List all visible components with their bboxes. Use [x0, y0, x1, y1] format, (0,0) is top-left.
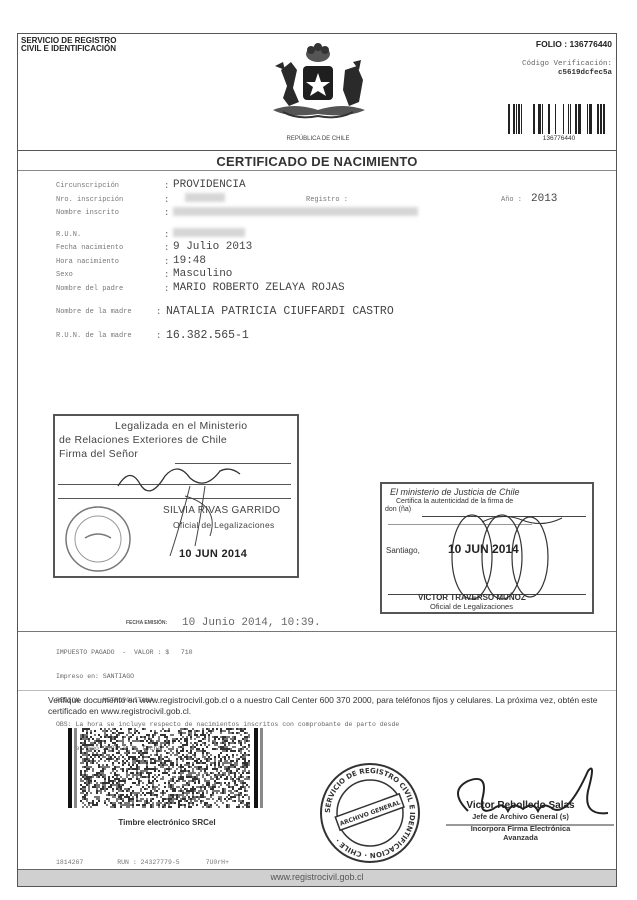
issue-date-label: FECHA EMISIÓN:: [126, 620, 167, 626]
verification-code-label: Código Verificación:: [522, 60, 612, 68]
spacer: [56, 295, 596, 305]
field-circunscripcion: Circunscripción : PROVIDENCIA: [56, 179, 596, 193]
field-value: NATALIA PATRICIA CIUFFARDI CASTRO: [166, 305, 394, 318]
handwritten-signature-icon: [110, 446, 270, 566]
field-label: Nro. inscripción: [56, 196, 123, 204]
divider: [18, 170, 616, 171]
coat-of-arms-icon: [253, 40, 383, 130]
divider: [18, 150, 616, 151]
handwritten-signature-icon: [442, 502, 582, 602]
info-line: Impreso en: SANTIAGO: [56, 673, 399, 681]
field-nombre-padre: Nombre del padre : MARIO ROBERTO ZELAYA …: [56, 282, 596, 296]
footer-run-value: 24327779-5: [141, 859, 180, 866]
field-colon: :: [164, 195, 169, 205]
field-run-madre: R.U.N. de la madre : 16.382.565-1: [56, 329, 596, 343]
field-sexo: Sexo : Masculino: [56, 268, 596, 282]
footer-code: 1814267: [56, 859, 83, 866]
field-value: 9 Julio 2013: [173, 241, 252, 253]
redacted-value: [173, 193, 225, 205]
registro-label: Registro :: [306, 196, 348, 204]
anio-label: Año :: [501, 196, 522, 204]
barcode-number: 136776440: [508, 135, 610, 142]
field-value: 16.382.565-1: [166, 329, 249, 342]
stamp-officer-role: Oficial de Legalizaciones: [430, 602, 513, 611]
document-title: CERTIFICADO DE NACIMIENTO: [18, 154, 616, 169]
justicia-stamp: El ministerio de Justicia de Chile Certi…: [380, 482, 594, 614]
field-nombre-madre: Nombre de la madre : NATALIA PATRICIA CI…: [56, 305, 596, 319]
footer-url: www.registrocivil.gob.cl: [18, 872, 616, 882]
footer-codes: 1814267 RUN : 24327779-5 7U0rH+: [56, 859, 229, 866]
spacer: [56, 220, 596, 228]
field-colon: :: [164, 243, 169, 253]
relaciones-exteriores-stamp: Legalizada en el Ministerio de Relacione…: [53, 414, 299, 578]
field-run: R.U.N. :: [56, 228, 596, 242]
verification-notice: Verifique documento en www.registrocivil…: [48, 695, 608, 717]
spacer: [56, 319, 596, 329]
stamp-text: de Relaciones Exteriores de Chile: [59, 434, 227, 446]
field-colon: :: [164, 181, 169, 191]
field-label: Fecha nacimiento: [56, 244, 123, 252]
electronic-signature-note: Incorpora Firma Electrónica Avanzada: [428, 824, 613, 842]
field-colon: :: [164, 270, 169, 280]
field-value: 19:48: [173, 255, 206, 267]
stamp-text: Legalizada en el Ministerio: [115, 420, 247, 432]
field-value: MARIO ROBERTO ZELAYA ROJAS: [173, 282, 345, 294]
field-nro-inscripcion: Nro. inscripción : Registro : Año : 2013: [56, 193, 596, 207]
footer-run-label: RUN :: [117, 859, 137, 866]
field-value: PROVIDENCIA: [173, 179, 246, 191]
field-label: R.U.N.: [56, 231, 81, 239]
field-label: Circunscripción: [56, 182, 119, 190]
field-label: Nombre de la madre: [56, 308, 132, 316]
field-hora-nacimiento: Hora nacimiento : 19:48: [56, 255, 596, 269]
field-colon: :: [164, 257, 169, 267]
folio-label: FOLIO :: [536, 39, 567, 49]
field-fecha-nacimiento: Fecha nacimiento : 9 Julio 2013: [56, 241, 596, 255]
anio-value: 2013: [531, 193, 557, 205]
footer-suffix: 7U0rH+: [206, 859, 229, 866]
republica-label: REPÚBLICA DE CHILE: [273, 136, 363, 142]
registry-fields: Circunscripción : PROVIDENCIA Nro. inscr…: [56, 179, 596, 342]
archivo-general-seal-icon: SERVICIO DE REGISTRO CIVIL E IDENTIFICAC…: [318, 761, 422, 865]
field-label: R.U.N. de la madre: [56, 332, 132, 340]
stamp-place: Santiago,: [386, 546, 420, 555]
stamp-text: don (ña): [385, 506, 411, 513]
field-nombre-inscrito: Nombre inscrito :: [56, 206, 596, 220]
field-label: Nombre del padre: [56, 285, 123, 293]
redacted-value: [173, 206, 418, 218]
field-colon: :: [156, 331, 161, 341]
firma-line-2: Avanzada: [428, 833, 613, 842]
stamp-text: El ministerio de Justicia de Chile: [390, 487, 520, 497]
redacted-value: [173, 228, 245, 240]
electronic-stamp-2d-barcode-icon: [68, 728, 266, 808]
field-colon: :: [156, 307, 161, 317]
field-colon: :: [164, 230, 169, 240]
issue-date-value: 10 Junio 2014, 10:39.: [182, 617, 321, 629]
field-colon: :: [164, 284, 169, 294]
info-line: IMPUESTO PAGADO - VALOR : $ 710: [56, 649, 399, 657]
signatory-name: Victor Rebolledo Salas: [428, 800, 613, 811]
folio-value: 136776440: [569, 39, 612, 49]
field-colon: :: [164, 208, 169, 218]
barcode-icon: [508, 104, 610, 134]
field-value: Masculino: [173, 268, 232, 280]
agency-line-2: CIVIL E IDENTIFICACIÓN: [21, 45, 116, 53]
birth-certificate: SERVICIO DE REGISTRO CIVIL E IDENTIFICAC…: [17, 33, 617, 887]
verification-code-value: c5619dcfec5a: [558, 69, 612, 77]
folio: FOLIO : 136776440: [536, 39, 612, 49]
signatory-title: Jefe de Archivo General (s): [428, 812, 613, 821]
divider: [18, 631, 616, 632]
field-label: Nombre inscrito: [56, 209, 119, 217]
field-label: Sexo: [56, 271, 73, 279]
field-label: Hora nacimiento: [56, 258, 119, 266]
issuing-agency: SERVICIO DE REGISTRO CIVIL E IDENTIFICAC…: [21, 37, 116, 53]
electronic-stamp-label: Timbre electrónico SRCeI: [68, 818, 266, 827]
firma-line-1: Incorpora Firma Electrónica: [428, 824, 613, 833]
divider: [18, 690, 616, 691]
